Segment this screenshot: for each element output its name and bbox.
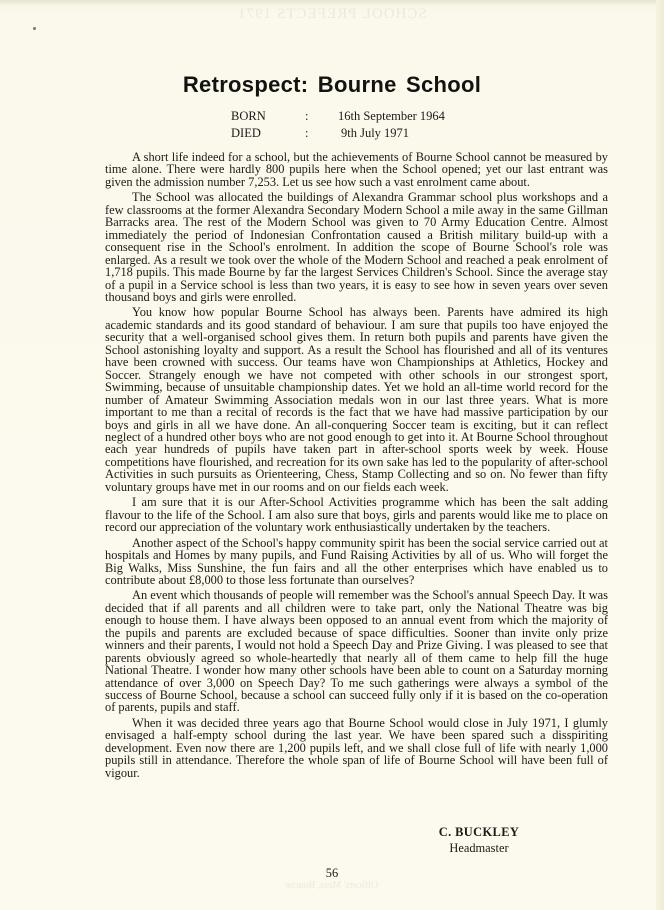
dates-block: BORN : 16th September 1964 DIED : 9th Ju… bbox=[231, 108, 445, 142]
born-label: BORN bbox=[231, 108, 305, 125]
paper-speck bbox=[33, 27, 36, 30]
paragraph-speech-day: An event which thousands of people will … bbox=[105, 589, 608, 714]
bleed-through-header: SCHOOL PREFECTS 1971 bbox=[0, 6, 664, 23]
page-number: 56 bbox=[0, 866, 664, 881]
document-page: SCHOOL PREFECTS 1971 Retrospect: Bourne … bbox=[0, 0, 664, 910]
page-edge-shadow bbox=[656, 0, 664, 910]
paragraph-activities: I am sure that it is our After-School Ac… bbox=[105, 496, 608, 533]
died-separator: : bbox=[305, 125, 338, 142]
paragraph-closing: When it was decided three years ago that… bbox=[105, 717, 608, 779]
paragraph-history: The School was allocated the buildings o… bbox=[105, 191, 608, 303]
died-label: DIED bbox=[231, 125, 305, 142]
signature-block: C. BUCKLEY Headmaster bbox=[424, 824, 534, 856]
paragraph-community: Another aspect of the School's happy com… bbox=[105, 537, 608, 587]
paragraph-achievements: You know how popular Bourne School has a… bbox=[105, 306, 608, 493]
article-body: A short life indeed for a school, but th… bbox=[105, 151, 608, 782]
born-separator: : bbox=[305, 108, 338, 125]
author-name: C. BUCKLEY bbox=[424, 824, 534, 840]
article-title: Retrospect: Bourne School bbox=[0, 72, 664, 98]
bleed-through-footer: Officers' Mess, Bourne bbox=[0, 880, 664, 891]
paragraph-intro: A short life indeed for a school, but th… bbox=[105, 151, 608, 188]
born-row: BORN : 16th September 1964 bbox=[231, 108, 445, 125]
died-value: 9th July 1971 bbox=[338, 125, 409, 142]
died-row: DIED : 9th July 1971 bbox=[231, 125, 445, 142]
born-value: 16th September 1964 bbox=[338, 108, 445, 125]
author-title: Headmaster bbox=[424, 840, 534, 856]
